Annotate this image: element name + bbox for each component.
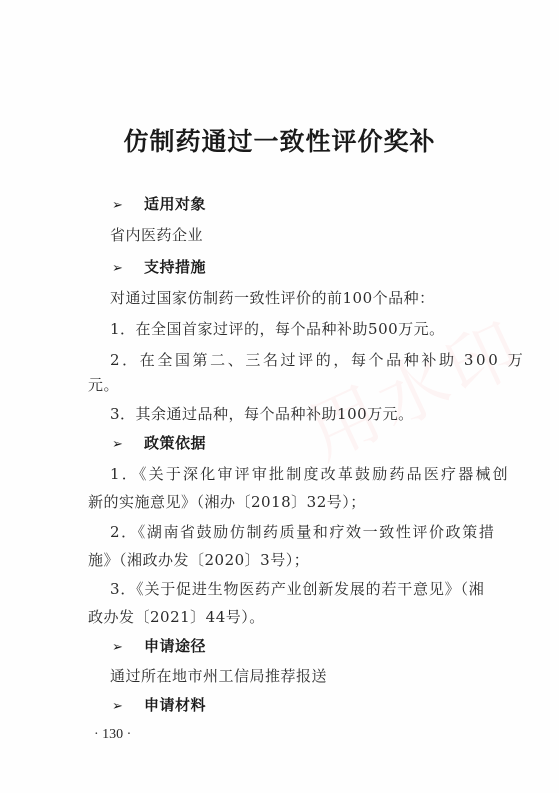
paragraph-line: 通过所在地市州工信局推荐报送	[110, 665, 327, 686]
arrow-bullet-icon: ➢	[112, 198, 144, 213]
paragraph-line: 2．在全国第二、三名过评的，每个品种补助 300 万	[110, 349, 525, 370]
paragraph-line: 元。	[88, 374, 119, 395]
paragraph-line: 施》（湘政办发〔2020〕3号）；	[88, 549, 309, 570]
section-heading-policy-basis: ➢政策依据	[112, 432, 206, 453]
paragraph-line: 2．《湖南省鼓励仿制药质量和疗效一致性评价政策措	[110, 521, 495, 542]
paragraph-line: 3．其余通过品种，每个品种补助100万元。	[110, 403, 414, 424]
section-heading-application-materials: ➢申请材料	[112, 694, 206, 715]
arrow-bullet-icon: ➢	[112, 261, 144, 276]
paragraph-line: 3．《关于促进生物医药产业创新发展的若干意见》（湘	[110, 578, 485, 599]
paragraph-line: 1．在全国首家过评的，每个品种补助500万元。	[110, 318, 445, 339]
page-number: · 130 ·	[94, 727, 131, 743]
section-heading-support: ➢支持措施	[112, 256, 206, 277]
arrow-bullet-icon: ➢	[112, 437, 144, 452]
section-heading-application-channel: ➢申请途径	[112, 635, 206, 656]
section-heading-applicable: ➢适用对象	[112, 193, 206, 214]
heading-label: 适用对象	[144, 195, 206, 213]
paragraph-line: 新的实施意见》（湘办〔2018〕32号）；	[88, 491, 366, 512]
heading-label: 申请材料	[144, 696, 206, 714]
paragraph-line: 1．《关于深化审评审批制度改革鼓励药品医疗器械创	[110, 463, 510, 484]
arrow-bullet-icon: ➢	[112, 640, 144, 655]
paragraph-line: 政办发〔2021〕44号）。	[88, 606, 265, 627]
paragraph-line: 省内医药企业	[110, 224, 203, 245]
page-title: 仿制药通过一致性评价奖补	[0, 122, 559, 158]
heading-label: 申请途径	[144, 637, 206, 655]
paragraph-line: 对通过国家仿制药一致性评价的前100个品种：	[110, 287, 435, 308]
heading-label: 支持措施	[144, 258, 206, 276]
arrow-bullet-icon: ➢	[112, 699, 144, 714]
heading-label: 政策依据	[144, 434, 206, 452]
